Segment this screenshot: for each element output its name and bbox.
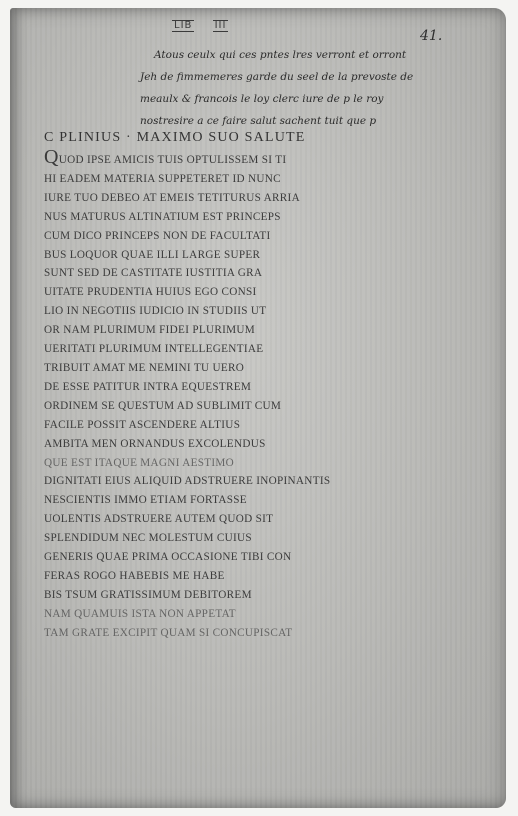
gothic-line: meaulx & francois le loy clerc iure de p… <box>140 88 490 110</box>
text-line: OR NAM PLURIMUM FIDEI PLURIMUM <box>44 321 374 340</box>
text-line: FACILE POSSIT ASCENDERE ALTIUS <box>44 416 374 435</box>
text-line: UERITATI PLURIMUM INTELLEGENTIAE <box>44 340 374 359</box>
text-line: AMBITA MEN ORNANDUS EXCOLENDUS <box>44 435 374 454</box>
uncial-text-block: C PLINIUS · MAXIMO SUO SALUTE QUOD IPSE … <box>44 128 384 643</box>
text-line: QUOD IPSE AMICIS TUIS OPTULISSEM SI TI <box>44 148 374 170</box>
marginal-marks: LIB III <box>172 20 242 32</box>
folio-number: 41. <box>420 28 442 44</box>
text-line: IURE TUO DEBEO AT EMEIS TETITURUS ARRIA <box>44 189 374 208</box>
text-line: ORDINEM SE QUESTUM AD SUBLIMIT CUM <box>44 397 374 416</box>
text-line: SUNT SED DE CASTITATE IUSTITIA GRA <box>44 264 374 283</box>
text-line: CUM DICO PRINCEPS NON DE FACULTATI <box>44 227 374 246</box>
text-line: UOLENTIS ADSTRUERE AUTEM QUOD SIT <box>44 510 374 529</box>
text-line: BIS TSUM GRATISSIMUM DEBITOREM <box>44 586 374 605</box>
mark-iii: III <box>213 20 229 32</box>
text-line: LIO IN NEGOTIIS IUDICIO IN STUDIIS UT <box>44 302 374 321</box>
mark-lib: LIB <box>172 20 194 32</box>
text-line: DE ESSE PATITUR INTRA EQUESTREM <box>44 378 374 397</box>
text-line: FERAS ROGO HABEBIS ME HABE <box>44 567 374 586</box>
text-line: GENERIS QUAE PRIMA OCCASIONE TIBI CON <box>44 548 374 567</box>
letter-heading: C PLINIUS · MAXIMO SUO SALUTE <box>44 128 384 148</box>
text-line: TAM GRATE EXCIPIT QUAM SI CONCUPISCAT <box>44 624 374 643</box>
text-line: NESCIENTIS IMMO ETIAM FORTASSE <box>44 491 374 510</box>
text-line: BUS LOQUOR QUAE ILLI LARGE SUPER <box>44 246 374 265</box>
text-line: UITATE PRUDENTIA HUIUS EGO CONSI <box>44 283 374 302</box>
text-line: HI EADEM MATERIA SUPPETERET ID NUNC <box>44 170 374 189</box>
gothic-note: Atous ceulx qui ces pntes lres verront e… <box>140 44 490 132</box>
text-line: SPLENDIDUM NEC MOLESTUM CUIUS <box>44 529 374 548</box>
text-line: QUE EST ITAQUE MAGNI AESTIMO <box>44 454 374 473</box>
text-line: TRIBUIT AMAT ME NEMINI TU UERO <box>44 359 374 378</box>
text-line: NUS MATURUS ALTINATIUM EST PRINCEPS <box>44 208 374 227</box>
gothic-line: Atous ceulx qui ces pntes lres verront e… <box>140 44 490 66</box>
gothic-line: Jeh de fimmemeres garde du seel de la pr… <box>140 66 490 88</box>
text-line: NAM QUAMUIS ISTA NON APPETAT <box>44 605 374 624</box>
text-line: DIGNITATI EIUS ALIQUID ADSTRUERE INOPINA… <box>44 472 374 491</box>
